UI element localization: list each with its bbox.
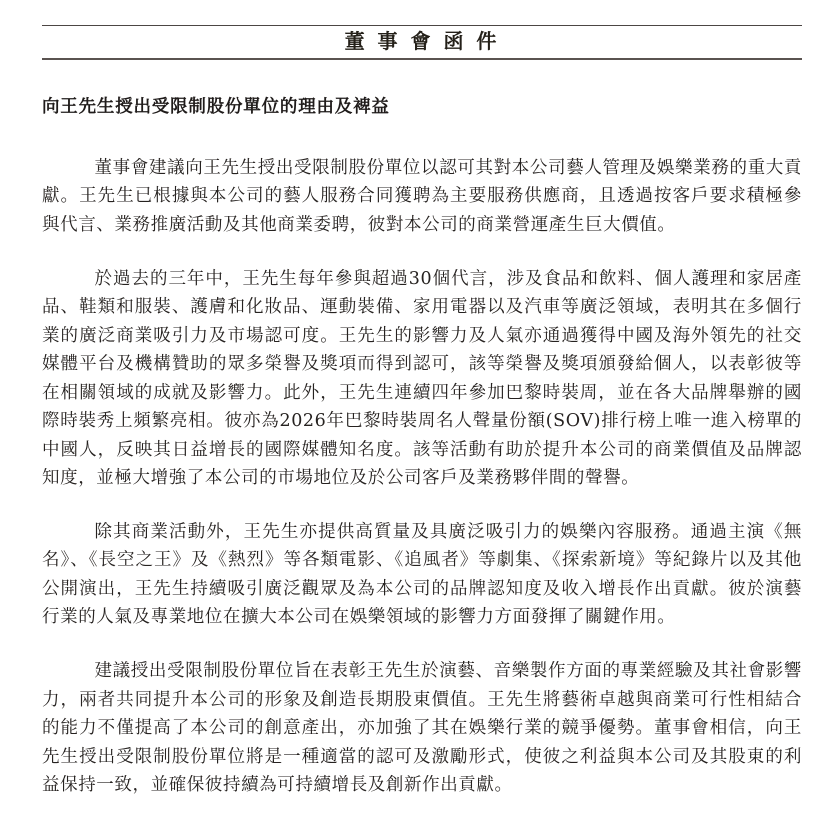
paragraph-1: 董事會建議向王先生授出受限制股份單位以認可其對本公司藝人管理及娛樂業務的重大貢獻… (42, 154, 802, 239)
paragraph-4: 建議授出受限制股份單位旨在表彰王先生於演藝、音樂製作方面的專業經驗及其社會影響力… (42, 657, 802, 799)
document-header: 董 事 會 函 件 (42, 25, 802, 60)
paragraph-3: 除其商業活動外，王先生亦提供高質量及具廣泛吸引力的娛樂內容服務。通過主演《無名》… (42, 518, 802, 632)
document-title: 董 事 會 函 件 (42, 26, 802, 58)
paragraph-2: 於過去的三年中，王先生每年參與超過30個代言，涉及食品和飲料、個人護理和家居產品… (42, 265, 802, 493)
document-body: 董事會建議向王先生授出受限制股份單位以認可其對本公司藝人管理及娛樂業務的重大貢獻… (42, 154, 802, 800)
document-page: 董 事 會 函 件 向王先生授出受限制股份單位的理由及裨益 董事會建議向王先生授… (0, 0, 835, 831)
section-heading: 向王先生授出受限制股份單位的理由及裨益 (42, 97, 802, 117)
